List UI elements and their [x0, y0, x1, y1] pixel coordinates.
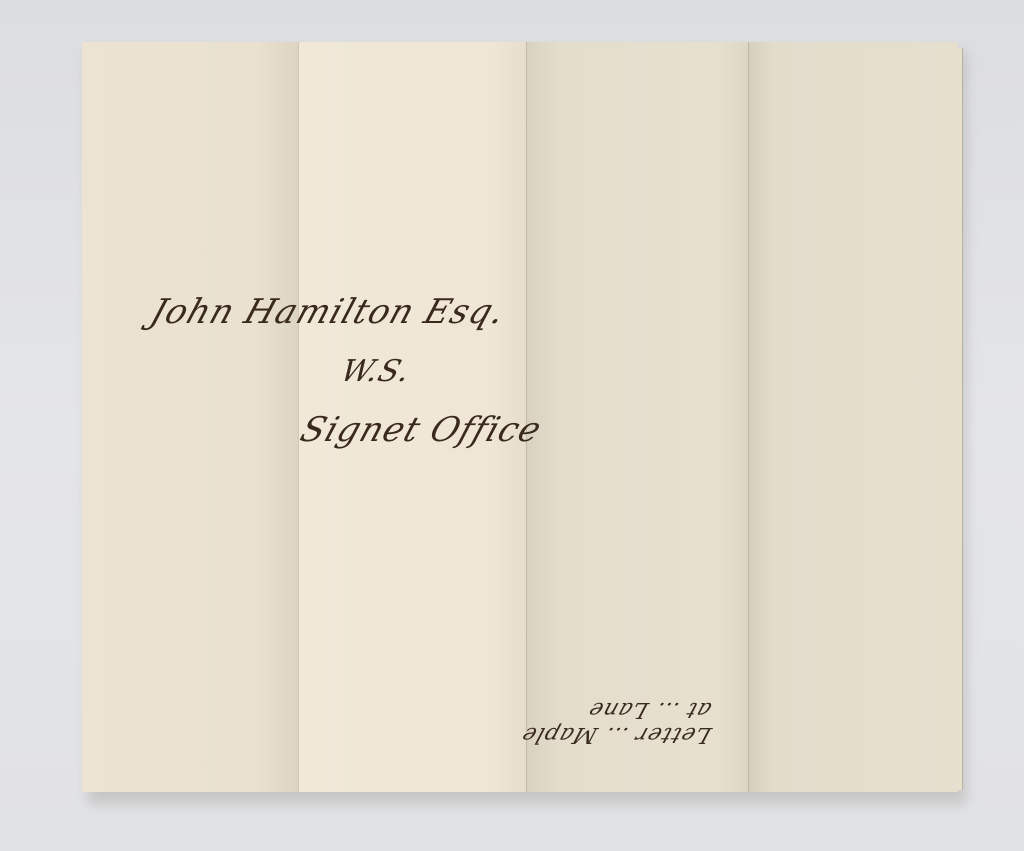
letter-panel-1 [82, 42, 298, 792]
fold-line [748, 42, 749, 792]
docket-line-1: Letter … Maple [518, 722, 715, 747]
folded-letter: John Hamilton Esq. W.S. Signet Office Le… [82, 42, 958, 792]
docket-line-2: at … Lane [518, 697, 715, 722]
letter-panel-4 [748, 42, 958, 792]
fold-line [298, 42, 299, 792]
address-title: W.S. [336, 354, 416, 389]
address-recipient: John Hamilton Esq. [146, 292, 511, 332]
letter-panel-3 [526, 42, 748, 792]
docket-note: Letter … Maple at … Lane [522, 697, 711, 747]
address-office: Signet Office [296, 410, 547, 450]
